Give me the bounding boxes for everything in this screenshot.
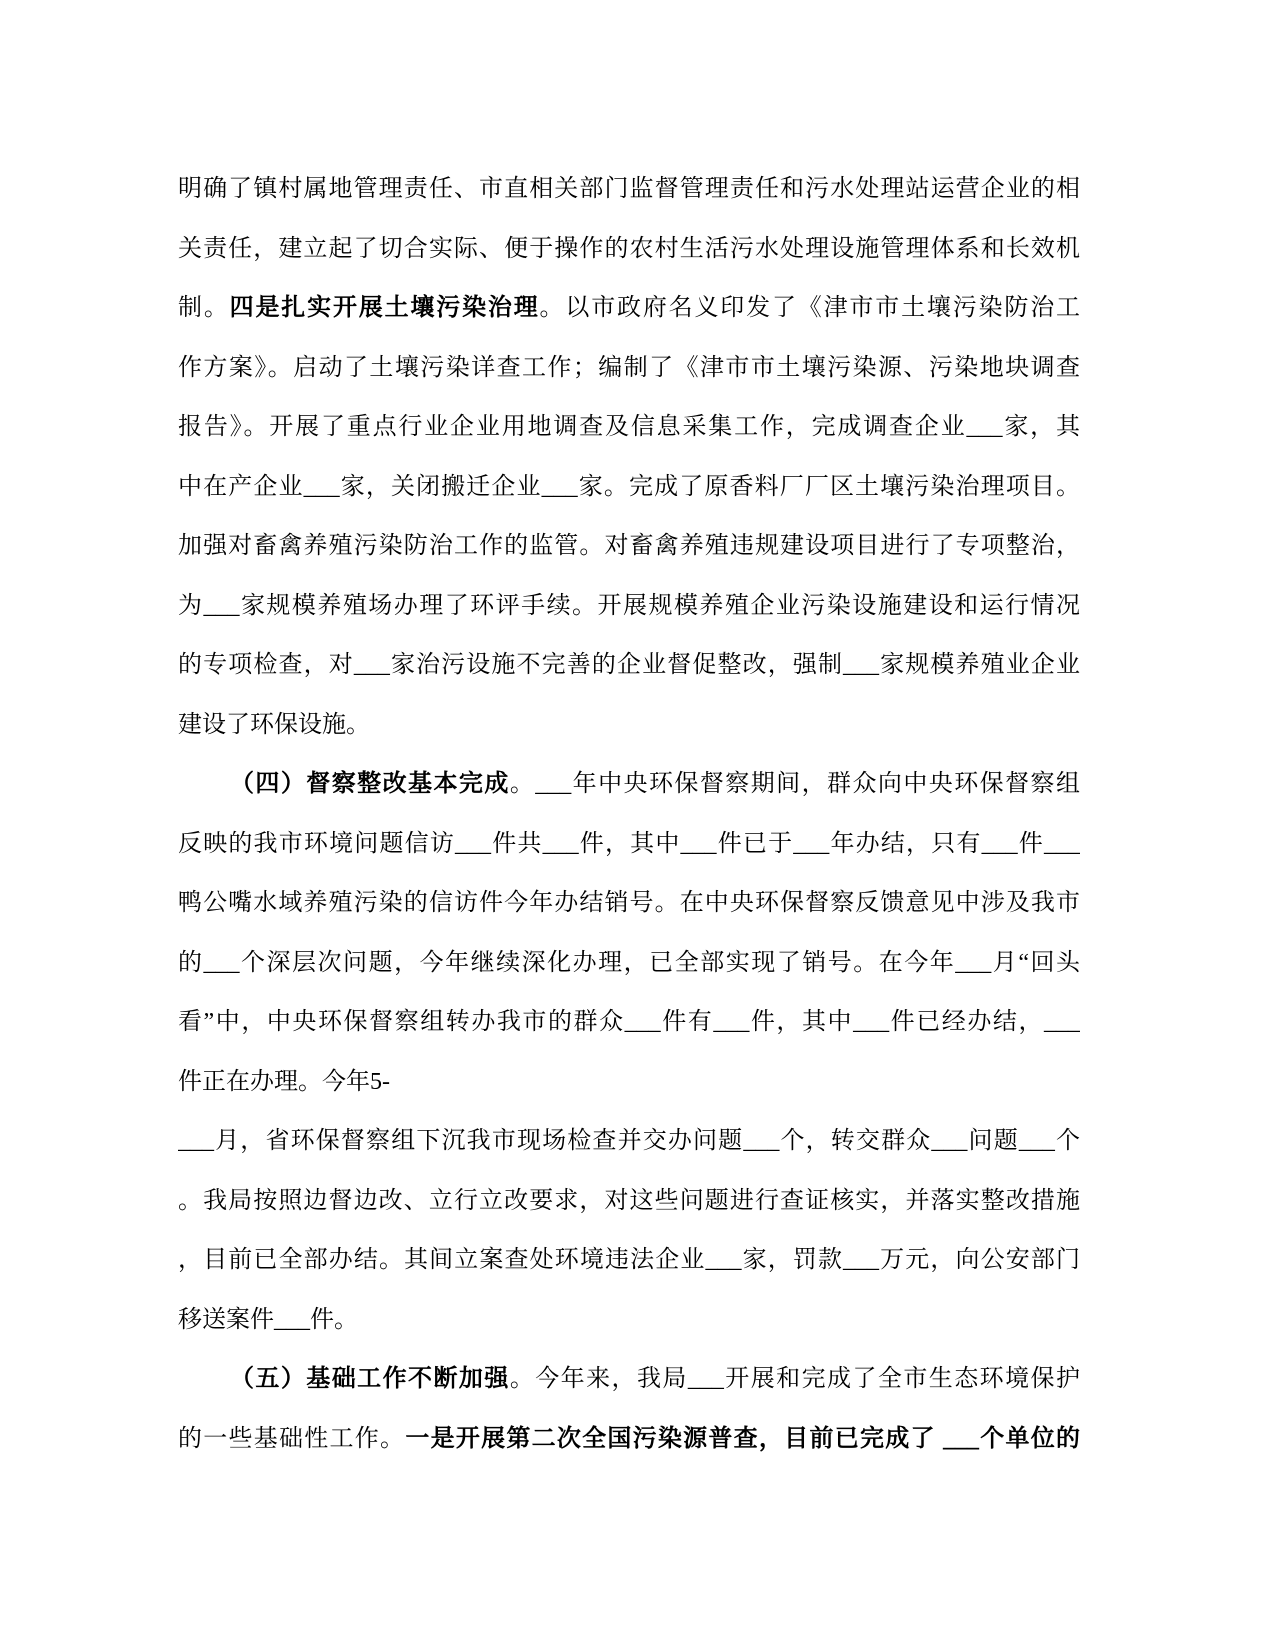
text-run: 加强对畜禽养殖污染防治工作的监管。对畜禽养殖违规建设项目进行了专项整治，: [178, 533, 1080, 559]
text-run: 制。: [178, 295, 230, 321]
text-run: 关责任，建立起了切合实际、便于操作的农村生活污水处理设施管理体系和长效机: [178, 236, 1080, 262]
text-run: 明确了镇村属地管理责任、市直相关部门监督管理责任和污水处理站运营企业的相: [178, 176, 1080, 202]
text-line: 的专项检查，对___家治污设施不完善的企业督促整改，强制___家规模养殖业企业: [178, 636, 1080, 696]
text-run: 反映的我市环境问题信访___件共___件，其中___件已于___年办结，只有__…: [178, 831, 1080, 857]
text-run: ___月，省环保督察组下沉我市现场检查并交办问题___个，转交群众___问题__…: [178, 1128, 1080, 1154]
document-page: 明确了镇村属地管理责任、市直相关部门监督管理责任和污水处理站运营企业的相关责任，…: [0, 0, 1275, 1650]
document-body: 明确了镇村属地管理责任、市直相关部门监督管理责任和污水处理站运营企业的相关责任，…: [178, 160, 1080, 1469]
text-run: 为___家规模养殖场办理了环评手续。开展规模养殖企业污染设施建设和运行情况: [178, 593, 1080, 619]
text-run: 鸭公嘴水域养殖污染的信访件今年办结销号。在中央环保督察反馈意见中涉及我市: [178, 890, 1080, 916]
text-run: 。今年来，我局___开展和完成了全市生态环境保护: [510, 1366, 1080, 1392]
text-line: 件正在办理。今年5-: [178, 1053, 1080, 1113]
text-run: 中在产企业___家，关闭搬迁企业___家。完成了原香料厂厂区土壤污染治理项目。: [178, 474, 1080, 500]
text-run: ，目前已全部办结。其间立案查处环境违法企业___家，罚款___万元，向公安部门: [178, 1247, 1080, 1273]
text-line: 的___个深层次问题，今年继续深化办理，已全部实现了销号。在今年___月“回头: [178, 934, 1080, 994]
text-line: 移送案件___件。: [178, 1291, 1080, 1351]
text-run: 报告》。开展了重点行业企业用地调查及信息采集工作，完成调查企业___家，其: [178, 414, 1080, 440]
text-line: （五）基础工作不断加强。今年来，我局___开展和完成了全市生态环境保护: [178, 1350, 1080, 1410]
text-line: 制。四是扎实开展土壤污染治理。以市政府名义印发了《津市市土壤污染防治工: [178, 279, 1080, 339]
text-line: 明确了镇村属地管理责任、市直相关部门监督管理责任和污水处理站运营企业的相: [178, 160, 1080, 220]
text-run: 。以市政府名义印发了《津市市土壤污染防治工: [540, 295, 1080, 321]
text-run: 。我局按照边督边改、立行立改要求，对这些问题进行查证核实，并落实整改措施: [178, 1188, 1080, 1214]
text-run: 移送案件___件。: [178, 1307, 358, 1333]
text-line: 。我局按照边督边改、立行立改要求，对这些问题进行查证核实，并落实整改措施: [178, 1172, 1080, 1232]
text-run: 建设了环保设施。: [178, 712, 370, 738]
text-line: 加强对畜禽养殖污染防治工作的监管。对畜禽养殖违规建设项目进行了专项整治，: [178, 517, 1080, 577]
bold-text-run: （四）督察整改基本完成: [230, 771, 510, 797]
text-run: 的专项检查，对___家治污设施不完善的企业督促整改，强制___家规模养殖业企业: [178, 652, 1080, 678]
text-line: 作方案》。启动了土壤污染详查工作；编制了《津市市土壤污染源、污染地块调查: [178, 339, 1080, 399]
text-line: （四）督察整改基本完成。___年中央环保督察期间，群众向中央环保督察组: [178, 755, 1080, 815]
text-line: 建设了环保设施。: [178, 696, 1080, 756]
text-run: 的___个深层次问题，今年继续深化办理，已全部实现了销号。在今年___月“回头: [178, 950, 1080, 976]
text-line: 为___家规模养殖场办理了环评手续。开展规模养殖企业污染设施建设和运行情况: [178, 577, 1080, 637]
text-line: 看”中，中央环保督察组转办我市的群众___件有___件，其中___件已经办结，_…: [178, 993, 1080, 1053]
text-line: 中在产企业___家，关闭搬迁企业___家。完成了原香料厂厂区土壤污染治理项目。: [178, 458, 1080, 518]
text-line: ___月，省环保督察组下沉我市现场检查并交办问题___个，转交群众___问题__…: [178, 1112, 1080, 1172]
text-run: 的一些基础性工作。: [178, 1426, 405, 1452]
bold-text-run: 四是扎实开展土壤污染治理: [230, 295, 540, 321]
text-line: 反映的我市环境问题信访___件共___件，其中___件已于___年办结，只有__…: [178, 815, 1080, 875]
text-line: 的一些基础性工作。一是开展第二次全国污染源普查，目前已完成了 ___个单位的: [178, 1410, 1080, 1470]
text-run: 看”中，中央环保督察组转办我市的群众___件有___件，其中___件已经办结，_…: [178, 1009, 1080, 1035]
text-line: 报告》。开展了重点行业企业用地调查及信息采集工作，完成调查企业___家，其: [178, 398, 1080, 458]
text-run: 作方案》。启动了土壤污染详查工作；编制了《津市市土壤污染源、污染地块调查: [178, 355, 1080, 381]
text-line: 关责任，建立起了切合实际、便于操作的农村生活污水处理设施管理体系和长效机: [178, 220, 1080, 280]
text-run: 件正在办理。今年5-: [178, 1069, 390, 1095]
text-line: 鸭公嘴水域养殖污染的信访件今年办结销号。在中央环保督察反馈意见中涉及我市: [178, 874, 1080, 934]
bold-text-run: 一是开展第二次全国污染源普查，目前已完成了 ___个单位的: [405, 1426, 1080, 1452]
text-run: 。___年中央环保督察期间，群众向中央环保督察组: [510, 771, 1080, 797]
text-line: ，目前已全部办结。其间立案查处环境违法企业___家，罚款___万元，向公安部门: [178, 1231, 1080, 1291]
bold-text-run: （五）基础工作不断加强: [230, 1366, 510, 1392]
